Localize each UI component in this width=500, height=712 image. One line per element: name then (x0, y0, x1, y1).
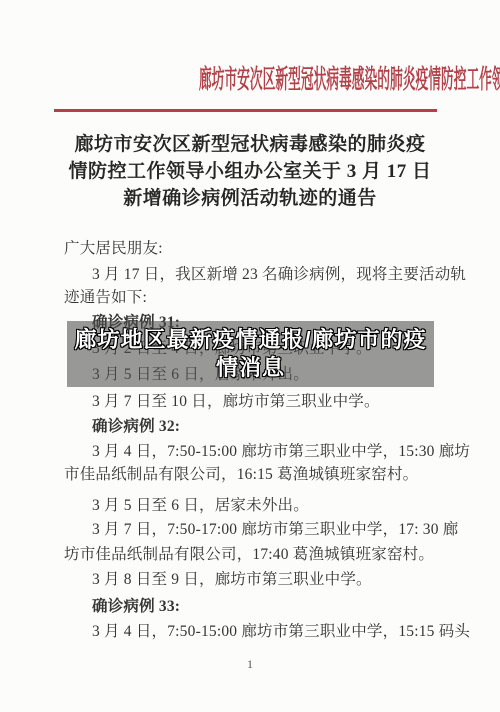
document-title-line-3: 新增确诊病例活动轨迹的通告 (0, 185, 500, 212)
body-line: 3 月 4 日，7:50-15:00 廊坊市第三职业中学，15:30 廊坊 (64, 443, 474, 460)
document-title-line-1: 廊坊市安次区新型冠状病毒感染的肺炎疫 (0, 131, 500, 158)
document-title: 廊坊市安次区新型冠状病毒感染的肺炎疫 情防控工作领导小组办公室关于 3 月 17… (0, 131, 500, 212)
salutation: 广大居民朋友: (64, 240, 446, 257)
body-line: 3 月 8 日至 9 日，廊坊市第三职业中学。 (64, 571, 474, 588)
body-line: 迹通告如下: (64, 289, 446, 306)
body-line: 3 月 7 日，7:50-17:00 廊坊市第三职业中学，17: 30 廊 (64, 521, 474, 538)
case-33-heading: 确诊病例 33: (64, 598, 474, 615)
caption-overlay-title: 廊坊地区最新疫情通报/廊坊市的疫 情消息 (74, 326, 426, 382)
body-line: 市佳品纸制品有限公司，16:15 葛渔城镇班家窑村。 (64, 466, 446, 483)
caption-overlay-line-2: 情消息 (74, 354, 426, 382)
body-line: 3 月 7 日至 10 日，廊坊市第三职业中学。 (64, 393, 474, 410)
caption-overlay-box: 廊坊地区最新疫情通报/廊坊市的疫 情消息 (67, 321, 434, 387)
body-line: 3 月 17 日，我区新增 23 名确诊病例，现将主要活动轨 (64, 266, 474, 283)
page-number: 1 (0, 657, 500, 672)
letterhead-divider-rule (54, 109, 437, 112)
body-line: 坊市佳品纸制品有限公司，17:40 葛渔城镇班家窑村。 (64, 546, 446, 563)
document-title-line-2: 情防控工作领导小组办公室关于 3 月 17 日 (0, 158, 500, 185)
letterhead-office-name: 廊坊市安次区新型冠状病毒感染的肺炎疫情防控工作领导小组办公室 (0, 62, 500, 98)
caption-overlay-line-1: 廊坊地区最新疫情通报/廊坊市的疫 (74, 326, 426, 354)
scanned-document-page: 廊坊市安次区新型冠状病毒感染的肺炎疫情防控工作领导小组办公室 廊坊市安次区新型冠… (0, 0, 500, 712)
letterhead-office-name-text: 廊坊市安次区新型冠状病毒感染的肺炎疫情防控工作领导小组办公室 (199, 62, 500, 98)
body-line: 3 月 4 日，7:50-15:00 廊坊市第三职业中学，15:15 码头 (64, 623, 474, 640)
body-line: 3 月 5 日至 6 日，居家未外出。 (64, 497, 474, 514)
case-32-heading: 确诊病例 32: (64, 418, 474, 435)
